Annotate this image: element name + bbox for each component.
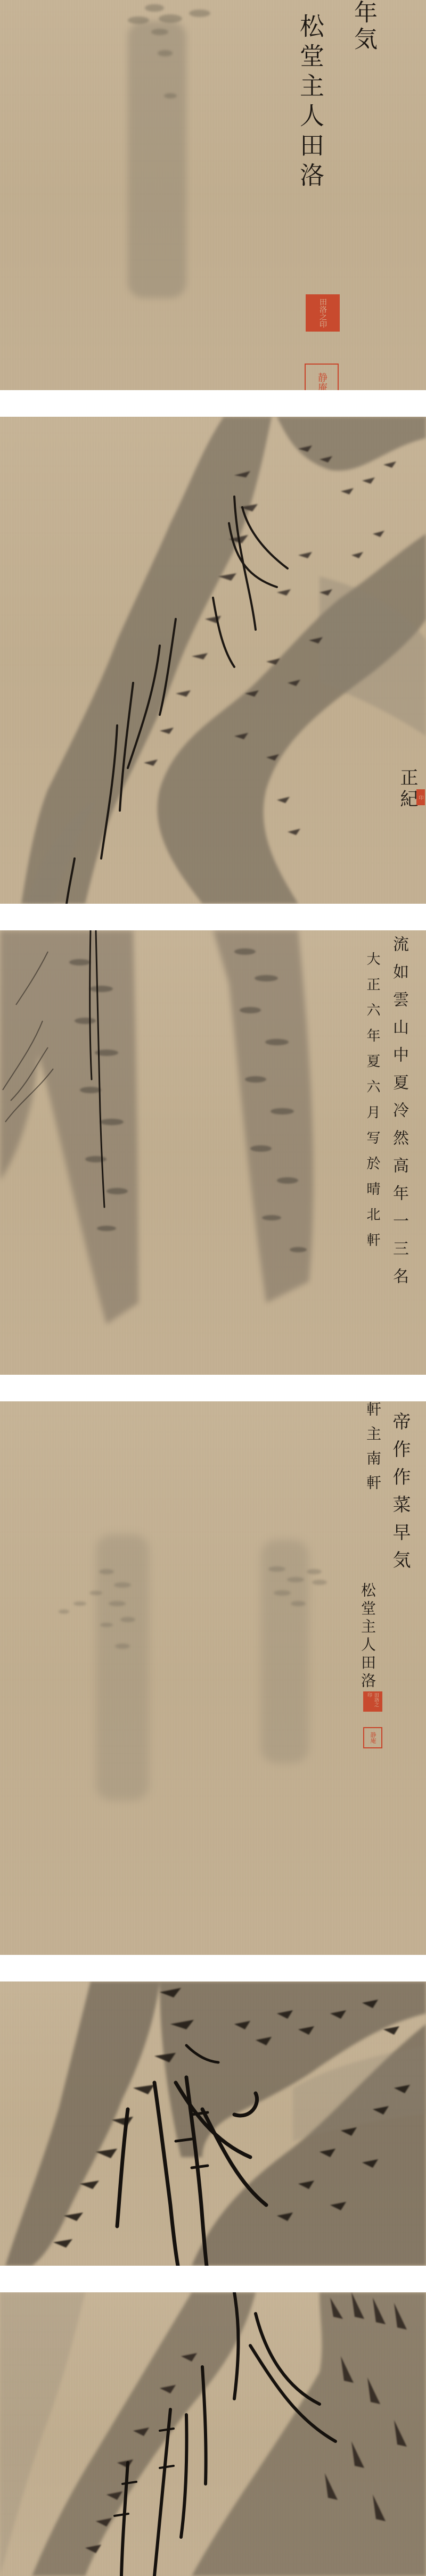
panel-upper-cliffs: 正紀 印: [0, 417, 426, 904]
ink-cliff-painting: [0, 417, 426, 904]
inscription-line-a: 年気: [351, 0, 375, 53]
inscription-fragment: 正紀: [398, 768, 416, 811]
panel-cliff-faces-inscription: 流如雲山中夏冷然高年一三名 大正六年夏六月写於晴北軒: [0, 930, 426, 1375]
artist-seal-outline: 静庵: [363, 1727, 382, 1748]
ink-cliff-painting: [0, 930, 426, 1375]
inscription-column-right: 帝作作菜早気: [391, 1412, 409, 1578]
artist-seal-square: 田洛之印: [306, 294, 340, 332]
inscription-column-left: 大正六年夏六月写於晴北軒: [365, 952, 379, 1258]
panel-pine-trunks-closeup: [0, 2292, 426, 2576]
inscription-column-left: 軒主南軒: [365, 1401, 380, 1499]
small-seal: 印: [416, 789, 425, 805]
artist-signature: 松堂主人田洛: [360, 1582, 375, 1691]
panel-signature-detail: 年気 松堂主人田洛 田洛之印 静庵: [0, 0, 426, 390]
panel-pine-closeup: [0, 1981, 426, 2266]
ink-pine-closeup: [0, 2292, 426, 2576]
artist-seal-square: 田洛之印: [363, 1691, 382, 1712]
panel-misty-lower-section: 帝作作菜早気 軒主南軒 松堂主人田洛 田洛之印 静庵: [0, 1401, 426, 1955]
faint-pine-wash: [0, 0, 426, 390]
inscription-column-right: 流如雲山中夏冷然高年一三名: [391, 936, 407, 1295]
artist-seal-outline: 静庵: [305, 364, 339, 390]
inscription-signature: 松堂主人田洛: [298, 13, 323, 192]
ink-pine-closeup: [0, 1981, 426, 2266]
